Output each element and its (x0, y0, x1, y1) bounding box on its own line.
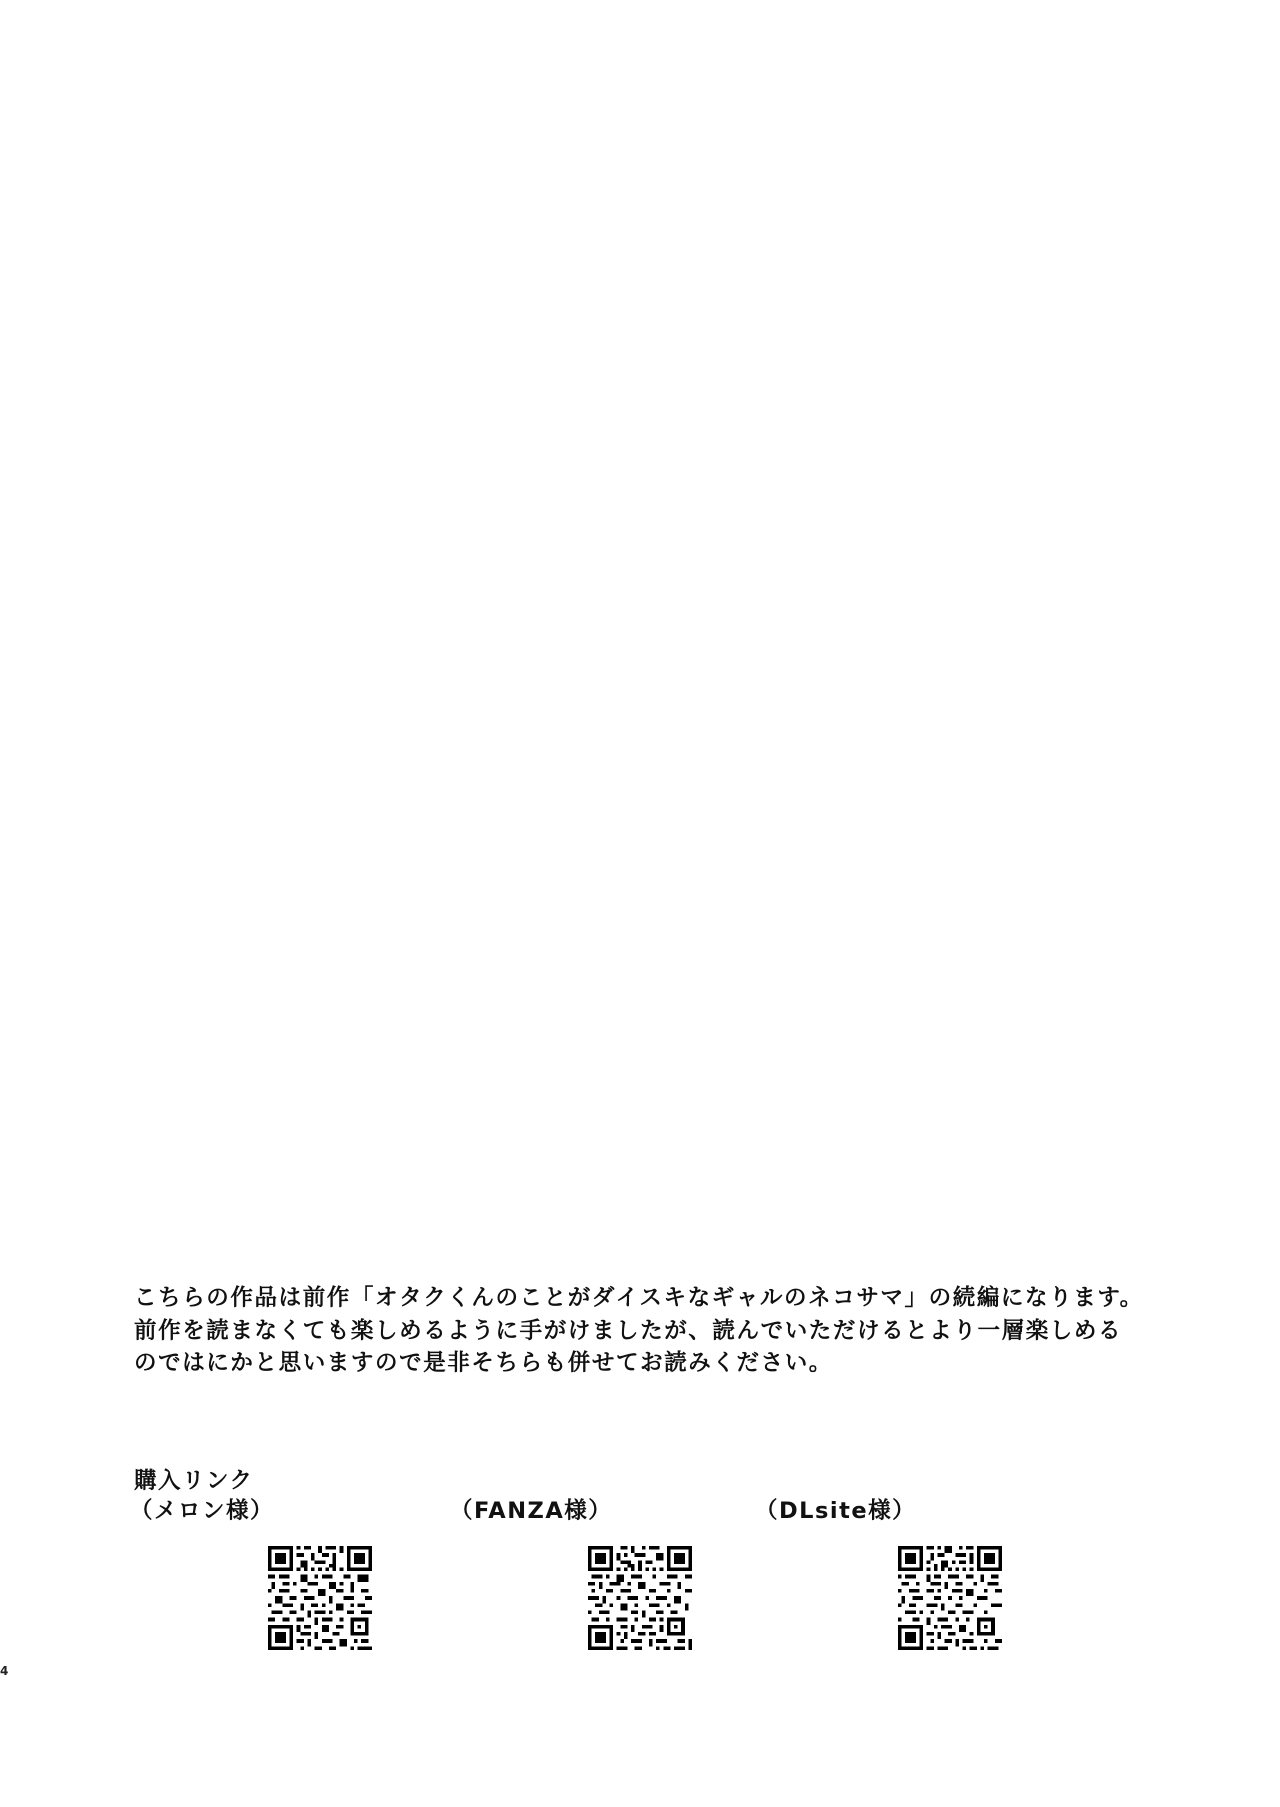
intro-line: のではにかと思いますので是非そちらも併せてお読みください。 (134, 1347, 1144, 1380)
store-label-melon: （メロン様） (130, 1496, 274, 1526)
page-number: 4 (0, 1664, 8, 1678)
qr-code-icon (588, 1546, 692, 1650)
qr-code-icon (268, 1546, 372, 1650)
intro-line: 前作を読まなくても楽しめるように手がけましたが、読んでいただけるとより一層楽しめ… (134, 1315, 1144, 1348)
dlsite-qr-code[interactable] (898, 1546, 1002, 1650)
melon-qr-code[interactable] (268, 1546, 372, 1650)
qr-code-icon (898, 1546, 1002, 1650)
store-label-dlsite: （DLsite様） (755, 1496, 916, 1526)
store-label-fanza: （FANZA様） (450, 1496, 612, 1526)
purchase-links-heading: 購入リンク (134, 1466, 254, 1496)
intro-paragraph: こちらの作品は前作「オタクくんのことがダイスキなギャルのネコサマ」の続編になりま… (134, 1282, 1144, 1380)
fanza-qr-code[interactable] (588, 1546, 692, 1650)
intro-line: こちらの作品は前作「オタクくんのことがダイスキなギャルのネコサマ」の続編になりま… (134, 1282, 1144, 1315)
